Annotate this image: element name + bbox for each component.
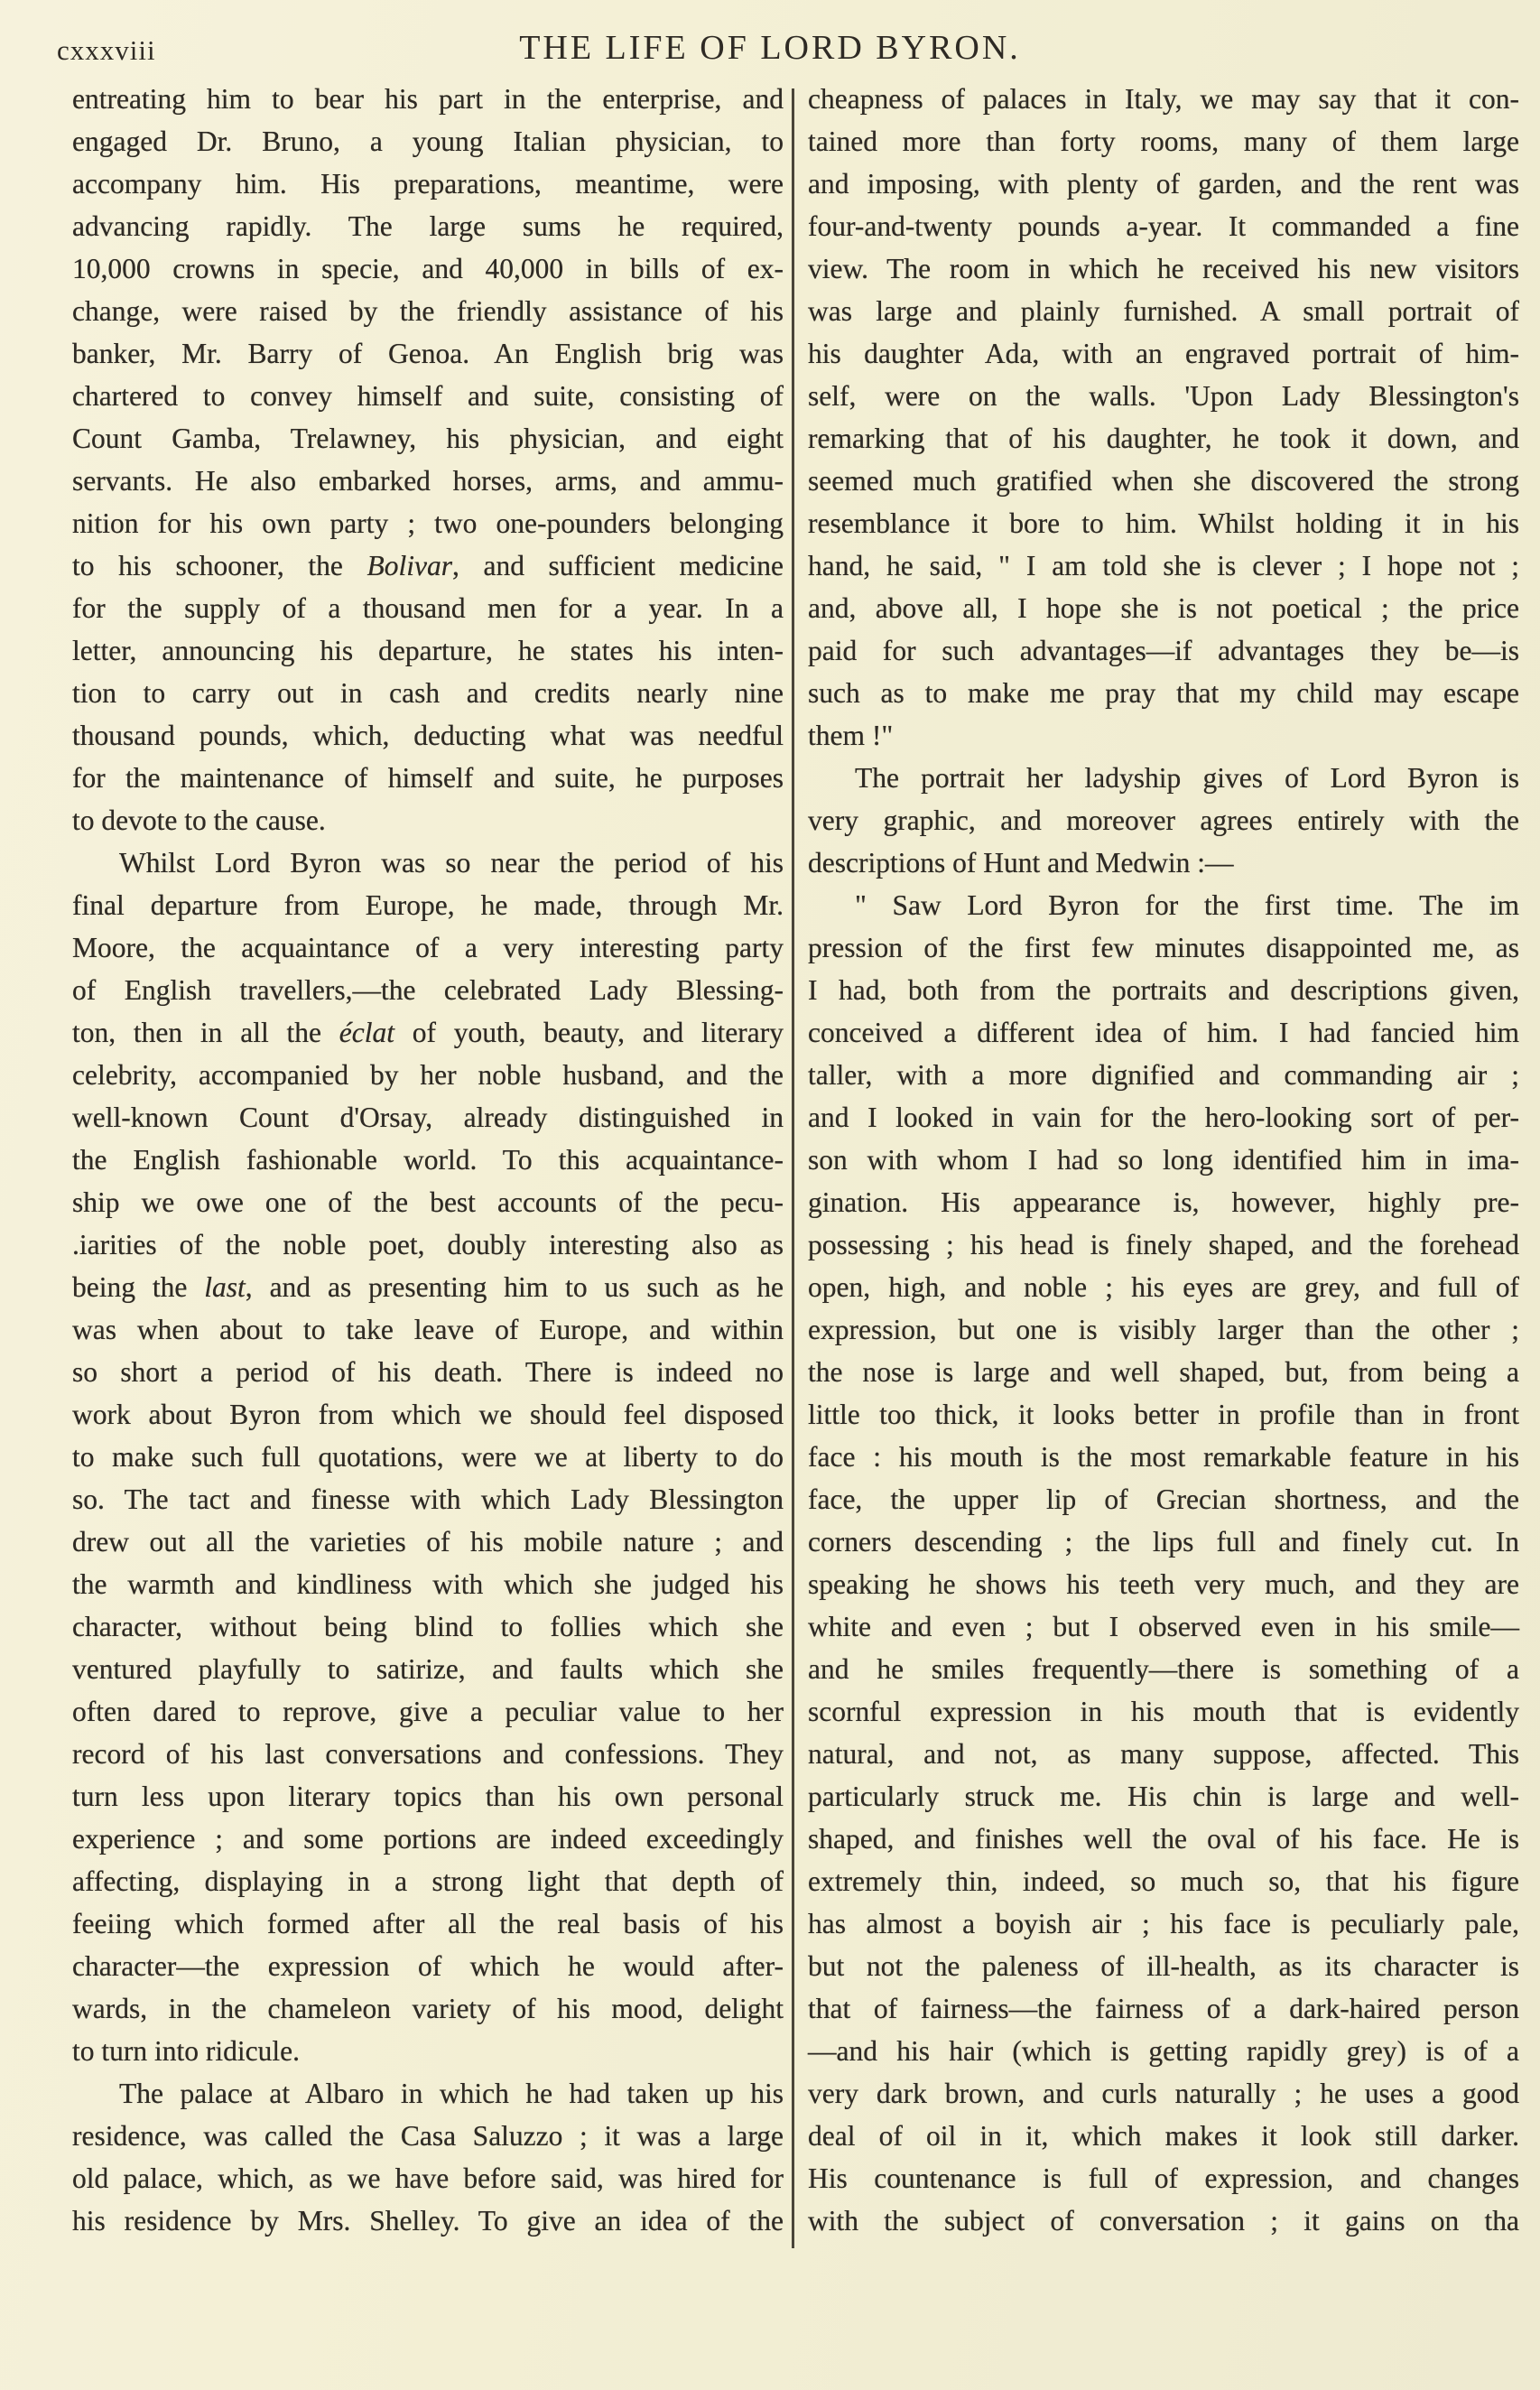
- text-line: remarking that of his daughter, he took …: [808, 417, 1519, 460]
- text-line: The portrait her ladyship gives of Lord …: [808, 757, 1519, 799]
- right-text-column: cheapness of palaces in Italy, we may sa…: [808, 78, 1519, 2242]
- text-line: banker, Mr. Barry of Genoa. An English b…: [72, 332, 784, 375]
- text-line: with the subject of conversation ; it ga…: [808, 2199, 1519, 2242]
- text-line: very dark brown, and curls naturally ; h…: [808, 2072, 1519, 2115]
- text-line: character, without being blind to follie…: [72, 1605, 784, 1648]
- text-line: shaped, and finishes well the oval of hi…: [808, 1818, 1519, 1860]
- text-line: very graphic, and moreover agrees entire…: [808, 799, 1519, 842]
- text-line: ton, then in all the éclat of youth, bea…: [72, 1011, 784, 1054]
- text-line: residence, was called the Casa Saluzzo ;…: [72, 2115, 784, 2157]
- text-line: and I looked in vain for the hero-lookin…: [808, 1096, 1519, 1139]
- text-line: and imposing, with plenty of garden, and…: [808, 163, 1519, 205]
- text-line: view. The room in which he received his …: [808, 247, 1519, 290]
- text-line: face, the upper lip of Grecian shortness…: [808, 1478, 1519, 1520]
- text-line: was large and plainly furnished. A small…: [808, 290, 1519, 332]
- text-line: The palace at Albaro in which he had tak…: [72, 2072, 784, 2115]
- text-line: deal of oil in it, which makes it look s…: [808, 2115, 1519, 2157]
- text-line: was when about to take leave of Europe, …: [72, 1308, 784, 1351]
- text-line: resemblance it bore to him. Whilst holdi…: [808, 502, 1519, 544]
- text-line: often dared to reprove, give a peculiar …: [72, 1690, 784, 1733]
- text-line: self, were on the walls. 'Upon Lady Bles…: [808, 375, 1519, 417]
- paragraph-indent: [72, 2102, 119, 2103]
- text-line: I had, both from the portraits and descr…: [808, 969, 1519, 1011]
- text-line: corners descending ; the lips full and f…: [808, 1520, 1519, 1563]
- text-line: —and his hair (which is getting rapidly …: [808, 2030, 1519, 2072]
- text-line: to devote to the cause.: [72, 799, 784, 842]
- text-line: character—the expression of which he wou…: [72, 1945, 784, 1987]
- paragraph-indent: [808, 914, 855, 915]
- text-line: work about Byron from which we should fe…: [72, 1393, 784, 1436]
- text-line: His countenance is full of expression, a…: [808, 2157, 1519, 2199]
- text-line: servants. He also embarked horses, arms,…: [72, 460, 784, 502]
- text-line: wards, in the chameleon variety of his m…: [72, 1987, 784, 2030]
- text-line: being the last, and as presenting him to…: [72, 1266, 784, 1308]
- text-line: to make such full quotations, were we at…: [72, 1436, 784, 1478]
- text-line: affecting, displaying in a strong light …: [72, 1860, 784, 1902]
- text-line: the nose is large and well shaped, but, …: [808, 1351, 1519, 1393]
- text-line: son with whom I had so long identified h…: [808, 1139, 1519, 1181]
- scanned-book-page: { "page": { "folio": "cxxxviii", "runnin…: [0, 0, 1540, 2390]
- text-line: particularly struck me. His chin is larg…: [808, 1775, 1519, 1818]
- text-line: pression of the first few minutes disapp…: [808, 926, 1519, 969]
- book-page: cxxxviii THE LIFE OF LORD BYRON. entreat…: [0, 0, 1540, 2390]
- text-line: seemed much gratified when she discovere…: [808, 460, 1519, 502]
- text-line: change, were raised by the friendly assi…: [72, 290, 784, 332]
- left-text-column: entreating him to bear his part in the e…: [72, 78, 784, 2242]
- text-line: has almost a boyish air ; his face is pe…: [808, 1902, 1519, 1945]
- text-line: tained more than forty rooms, many of th…: [808, 120, 1519, 163]
- text-line: record of his last conversations and con…: [72, 1733, 784, 1775]
- text-line: descriptions of Hunt and Medwin :—: [808, 842, 1519, 884]
- text-line: the warmth and kindliness with which she…: [72, 1563, 784, 1605]
- text-line: ship we owe one of the best accounts of …: [72, 1181, 784, 1223]
- text-line: cheapness of palaces in Italy, we may sa…: [808, 78, 1519, 120]
- text-line: engaged Dr. Bruno, a young Italian physi…: [72, 120, 784, 163]
- text-line: turn less upon literary topics than his …: [72, 1775, 784, 1818]
- text-line: extremely thin, indeed, so much so, that…: [808, 1860, 1519, 1902]
- text-line: little too thick, it looks better in pro…: [808, 1393, 1519, 1436]
- text-line: for the maintenance of himself and suite…: [72, 757, 784, 799]
- text-line: taller, with a more dignified and comman…: [808, 1054, 1519, 1096]
- paragraph-indent: [808, 786, 855, 787]
- text-line: scornful expression in his mouth that is…: [808, 1690, 1519, 1733]
- text-line: paid for such advantages—if advantages t…: [808, 629, 1519, 672]
- text-line: speaking he shows his teeth very much, a…: [808, 1563, 1519, 1605]
- text-line: chartered to convey himself and suite, c…: [72, 375, 784, 417]
- text-line: final departure from Europe, he made, th…: [72, 884, 784, 926]
- text-line: his residence by Mrs. Shelley. To give a…: [72, 2199, 784, 2242]
- text-line: and he smiles frequently—there is someth…: [808, 1648, 1519, 1690]
- text-line: possessing ; his head is finely shaped, …: [808, 1223, 1519, 1266]
- text-line: " Saw Lord Byron for the first time. The…: [808, 884, 1519, 926]
- text-line: celebrity, accompanied by her noble husb…: [72, 1054, 784, 1096]
- text-line: so short a period of his death. There is…: [72, 1351, 784, 1393]
- text-line: such as to make me pray that my child ma…: [808, 672, 1519, 714]
- text-line: entreating him to bear his part in the e…: [72, 78, 784, 120]
- text-line: conceived a different idea of him. I had…: [808, 1011, 1519, 1054]
- text-line: white and even ; but I observed even in …: [808, 1605, 1519, 1648]
- text-line: face : his mouth is the most remarkable …: [808, 1436, 1519, 1478]
- text-line: Count Gamba, Trelawney, his physician, a…: [72, 417, 784, 460]
- text-line: so. The tact and finesse with which Lady…: [72, 1478, 784, 1520]
- text-line: and, above all, I hope she is not poetic…: [808, 587, 1519, 629]
- text-line: 10,000 crowns in specie, and 40,000 in b…: [72, 247, 784, 290]
- text-line: Whilst Lord Byron was so near the period…: [72, 842, 784, 884]
- text-line: ventured playfully to satirize, and faul…: [72, 1648, 784, 1690]
- text-line: natural, and not, as many suppose, affec…: [808, 1733, 1519, 1775]
- text-line: Moore, the acquaintance of a very intere…: [72, 926, 784, 969]
- text-line: his daughter Ada, with an engraved portr…: [808, 332, 1519, 375]
- text-line: feeiing which formed after all the real …: [72, 1902, 784, 1945]
- text-line: them !": [808, 714, 1519, 757]
- text-line: old palace, which, as we have before sai…: [72, 2157, 784, 2199]
- text-line: for the supply of a thousand men for a y…: [72, 587, 784, 629]
- text-line: accompany him. His preparations, meantim…: [72, 163, 784, 205]
- text-line: drew out all the varieties of his mobile…: [72, 1520, 784, 1563]
- text-line: expression, but one is visibly larger th…: [808, 1308, 1519, 1351]
- text-line: to turn into ridicule.: [72, 2030, 784, 2072]
- paragraph-indent: [72, 871, 119, 872]
- text-line: hand, he said, " I am told she is clever…: [808, 544, 1519, 587]
- text-line: tion to carry out in cash and credits ne…: [72, 672, 784, 714]
- text-line: gination. His appearance is, however, hi…: [808, 1181, 1519, 1223]
- text-line: that of fairness—the fairness of a dark-…: [808, 1987, 1519, 2030]
- text-line: nition for his own party ; two one-pound…: [72, 502, 784, 544]
- text-line: well-known Count d'Orsay, already distin…: [72, 1096, 784, 1139]
- column-divider-rule: [792, 88, 794, 2248]
- text-line: but not the paleness of ill-health, as i…: [808, 1945, 1519, 1987]
- running-title: THE LIFE OF LORD BYRON.: [0, 28, 1540, 68]
- text-line: experience ; and some portions are indee…: [72, 1818, 784, 1860]
- text-line: letter, announcing his departure, he sta…: [72, 629, 784, 672]
- text-line: the English fashionable world. To this a…: [72, 1139, 784, 1181]
- text-line: thousand pounds, which, deducting what w…: [72, 714, 784, 757]
- text-line: four-and-twenty pounds a-year. It comman…: [808, 205, 1519, 247]
- text-line: of English travellers,—the celebrated La…: [72, 969, 784, 1011]
- text-line: to his schooner, the Bolivar, and suffic…: [72, 544, 784, 587]
- text-line: open, high, and noble ; his eyes are gre…: [808, 1266, 1519, 1308]
- text-line: advancing rapidly. The large sums he req…: [72, 205, 784, 247]
- text-line: .iarities of the noble poet, doubly inte…: [72, 1223, 784, 1266]
